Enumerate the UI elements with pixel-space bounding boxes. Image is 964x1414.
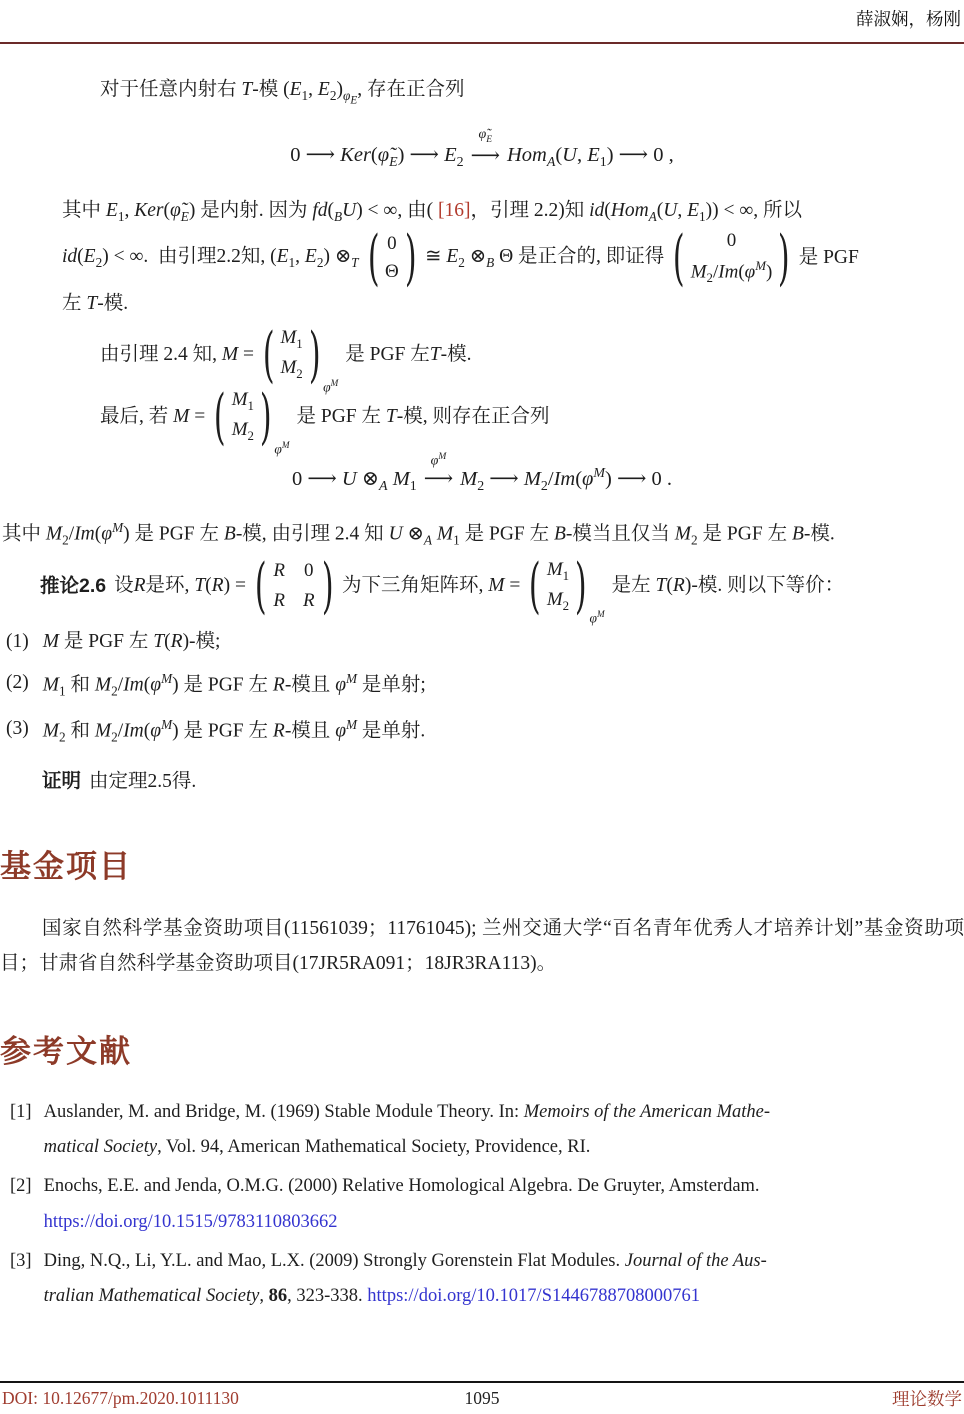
- fund-section-heading: 基金项目: [0, 841, 964, 886]
- list-item: (3) M2 和 M2/Im(φM) 是 PGF 左 R-模且 φM 是单射.: [6, 716, 964, 746]
- labeled-arrow: φM ⟶: [424, 453, 453, 490]
- display-formula-2: 0 ⟶ U ⊗A M1 φM ⟶ M2 ⟶ M2/Im(φM) ⟶ 0 .: [0, 462, 964, 499]
- citation-16-link[interactable]: [16]: [438, 200, 471, 221]
- reference-text[interactable]: Ding, N.Q., Li, Y.L. and Mao, L.X. (2009…: [44, 1244, 767, 1315]
- proof-paragraph: 证明 由定理2.5得.: [0, 768, 964, 795]
- list-item: (2) M1 和 M2/Im(φM) 是 PGF 左 R-模且 φM 是单射;: [6, 670, 964, 700]
- right-paren: ): [778, 229, 790, 287]
- line-text: 为下三角矩阵环, M =: [342, 573, 520, 599]
- matrix-cell: M2: [232, 420, 254, 443]
- formula-2-left: 0 ⟶ U ⊗A M1: [292, 466, 417, 495]
- reference-text[interactable]: Enochs, E.E. and Jenda, O.M.G. (2000) Re…: [44, 1169, 760, 1240]
- equivalence-list: (1) M 是 PGF 左 T(R)-模; (2) M1 和 M2/Im(φM)…: [0, 629, 964, 746]
- matrix-cell: R: [273, 561, 285, 582]
- left-paren: (: [529, 557, 541, 615]
- reference-text: Auslander, M. and Bridge, M. (1969) Stab…: [44, 1095, 770, 1166]
- item-number: (2): [6, 670, 29, 700]
- line-text: 是左 T(R)-模. 则以下等价：: [612, 573, 844, 599]
- matrix-cell: M1: [280, 328, 302, 351]
- line-text: 是 PGF 左 T-模, 则存在正合列: [297, 404, 550, 430]
- paragraph-injective: 其中 E1, Ker(φ̃E) 是内射. 因为 fd(BU) < ∞, 由( […: [0, 198, 964, 318]
- paragraph-finally: 最后, 若 M = ( M1 M2 ) φM 是 PGF 左 T-模, 则存在正…: [0, 388, 964, 446]
- reference-number: [1]: [10, 1095, 32, 1166]
- line-text: ≅ E2 ⊗B Θ 是正合的, 即证得: [425, 244, 664, 272]
- column-matrix-0-theta: ( 0 Θ ): [366, 229, 419, 287]
- matrix-cell: 0: [304, 561, 314, 582]
- line-text: 是 PGF 左T-模.: [345, 342, 471, 368]
- corollary-2-6: 推论2.6 设R是环, T(R) = ( R 0 R R ) 为下三角矩阵环, …: [0, 557, 964, 615]
- right-paren: ): [575, 557, 587, 615]
- line-text: 最后, 若 M =: [100, 404, 205, 430]
- corollary-label: 推论2.6: [40, 573, 106, 599]
- proof-label: 证明: [42, 768, 81, 794]
- reference-item: [2] Enochs, E.E. and Jenda, O.M.G. (2000…: [0, 1169, 964, 1240]
- page-header-authors: 薛淑娴，杨刚: [0, 0, 964, 31]
- display-formula-1: 0 ⟶ Ker(φ̃E) ⟶ E2 φ̃E ⟶ HomA(U, E1) ⟶ 0 …: [0, 137, 964, 176]
- left-paren: (: [263, 326, 275, 384]
- line-text: id(E2) < ∞. 由引理2.2知, (E1, E2) ⊗T: [62, 244, 359, 272]
- formula-1-left: 0 ⟶ Ker(φ̃E) ⟶ E2: [290, 142, 463, 171]
- matrix-cell: M2: [547, 590, 569, 613]
- left-paren: (: [255, 557, 267, 615]
- footer-journal-name: 理论数学: [892, 1386, 964, 1411]
- reference-number: [2]: [10, 1169, 32, 1240]
- doi-link: https://doi.org/10.1017/S144678870800076…: [367, 1286, 700, 1306]
- matrix-cell: 0: [727, 231, 737, 252]
- footer-page-number: 1095: [465, 1388, 500, 1409]
- matrix-cell: M1: [232, 390, 254, 413]
- line-text: ，引理 2.2)知 id(HomA(U, E1)) < ∞, 所以: [470, 200, 802, 221]
- references-list: [1] Auslander, M. and Bridge, M. (1969) …: [0, 1095, 964, 1315]
- paragraph-lemma-2-4: 由引理 2.4 知, M = ( M1 M2 ) φM 是 PGF 左T-模.: [0, 326, 964, 384]
- paragraph-line: 其中 E1, Ker(φ̃E) 是内射. 因为 fd(BU) < ∞, 由( […: [62, 198, 964, 226]
- line-text: 是 PGF: [799, 245, 859, 271]
- reference-number: [3]: [10, 1244, 32, 1315]
- journal-page: 薛淑娴，杨刚 对于任意内射右 T-模 (E1, E2)φE, 存在正合列 0 ⟶…: [0, 0, 964, 1414]
- reference-item: [1] Auslander, M. and Bridge, M. (1969) …: [0, 1095, 964, 1166]
- list-item: (1) M 是 PGF 左 T(R)-模;: [6, 629, 964, 655]
- right-paren: ): [405, 229, 417, 287]
- matrix-subscript: φM: [323, 377, 338, 397]
- line-text: 设R是环, T(R) =: [114, 573, 246, 599]
- column-matrix-0-quotient: ( 0 M2/Im(φM) ): [671, 229, 791, 287]
- triangular-matrix-ring: ( R 0 R R ): [253, 557, 335, 615]
- right-paren: ): [260, 388, 272, 446]
- proof-text: 由定理2.5得.: [89, 769, 196, 795]
- column-matrix-M: ( M1 M2 ) φM: [527, 557, 604, 615]
- item-number: (1): [6, 629, 29, 655]
- item-number: (3): [6, 716, 29, 746]
- line-text: 由引理 2.4 知, M =: [100, 342, 254, 368]
- matrix-cell: M1: [547, 560, 569, 583]
- right-paren: ): [321, 557, 333, 615]
- right-paren: ): [309, 326, 321, 384]
- paragraph-line: 左 T-模.: [62, 291, 964, 317]
- formula-2-right: M2 ⟶ M2/Im(φM) ⟶ 0 .: [460, 466, 672, 495]
- arrow-label: φM: [431, 453, 447, 469]
- column-matrix-M: ( M1 M2 ) φM: [212, 388, 289, 446]
- line-text: 其中 E1, Ker(φ̃E) 是内射. 因为 fd(BU) < ∞, 由(: [62, 200, 438, 221]
- doi-link: https://doi.org/10.1515/9783110803662: [44, 1212, 338, 1232]
- left-paren: (: [214, 388, 226, 446]
- item-text: M 是 PGF 左 T(R)-模;: [43, 629, 221, 655]
- matrix-cell: Θ: [385, 262, 399, 283]
- matrix-cell: M2: [280, 358, 302, 381]
- reference-item: [3] Ding, N.Q., Li, Y.L. and Mao, L.X. (…: [0, 1244, 964, 1315]
- references-section-heading: 参考文献: [0, 1026, 964, 1071]
- footer-doi[interactable]: DOI: 10.12677/pm.2020.1011130: [0, 1388, 239, 1409]
- arrow-shaft: ⟶: [471, 146, 500, 167]
- paragraph-line-with-matrices: id(E2) < ∞. 由引理2.2知, (E1, E2) ⊗T ( 0 Θ )…: [62, 229, 964, 287]
- left-paren: (: [367, 229, 379, 287]
- matrix-subscript: φM: [274, 439, 289, 459]
- header-rule: [0, 42, 964, 44]
- arrow-shaft: ⟶: [424, 469, 453, 490]
- column-matrix-M: ( M1 M2 ) φM: [261, 326, 338, 384]
- matrix-subscript: φM: [590, 608, 605, 628]
- page-footer: DOI: 10.12677/pm.2020.1011130 1095 理论数学: [0, 1381, 964, 1414]
- arrow-label: φ̃E: [478, 128, 492, 145]
- item-text: M2 和 M2/Im(φM) 是 PGF 左 R-模且 φM 是单射.: [43, 716, 426, 746]
- matrix-cell: 0: [387, 234, 397, 255]
- paragraph-intro: 对于任意内射右 T-模 (E1, E2)φE, 存在正合列: [0, 77, 964, 109]
- item-text: M1 和 M2/Im(φM) 是 PGF 左 R-模且 φM 是单射;: [43, 670, 426, 700]
- fund-paragraph: 国家自然科学基金资助项目(11561039；11761045); 兰州交通大学“…: [0, 912, 964, 981]
- labeled-arrow: φ̃E ⟶: [471, 128, 500, 167]
- paragraph-wide: 其中 M2/Im(φM) 是 PGF 左 B-模, 由引理 2.4 知 U ⊗A…: [0, 519, 964, 549]
- matrix-cell: R: [273, 591, 285, 612]
- matrix-cell: M2/Im(φM): [691, 259, 773, 285]
- matrix-cell: R: [303, 591, 315, 612]
- formula-1-right: HomA(U, E1) ⟶ 0 ,: [507, 142, 674, 171]
- left-paren: (: [673, 229, 685, 287]
